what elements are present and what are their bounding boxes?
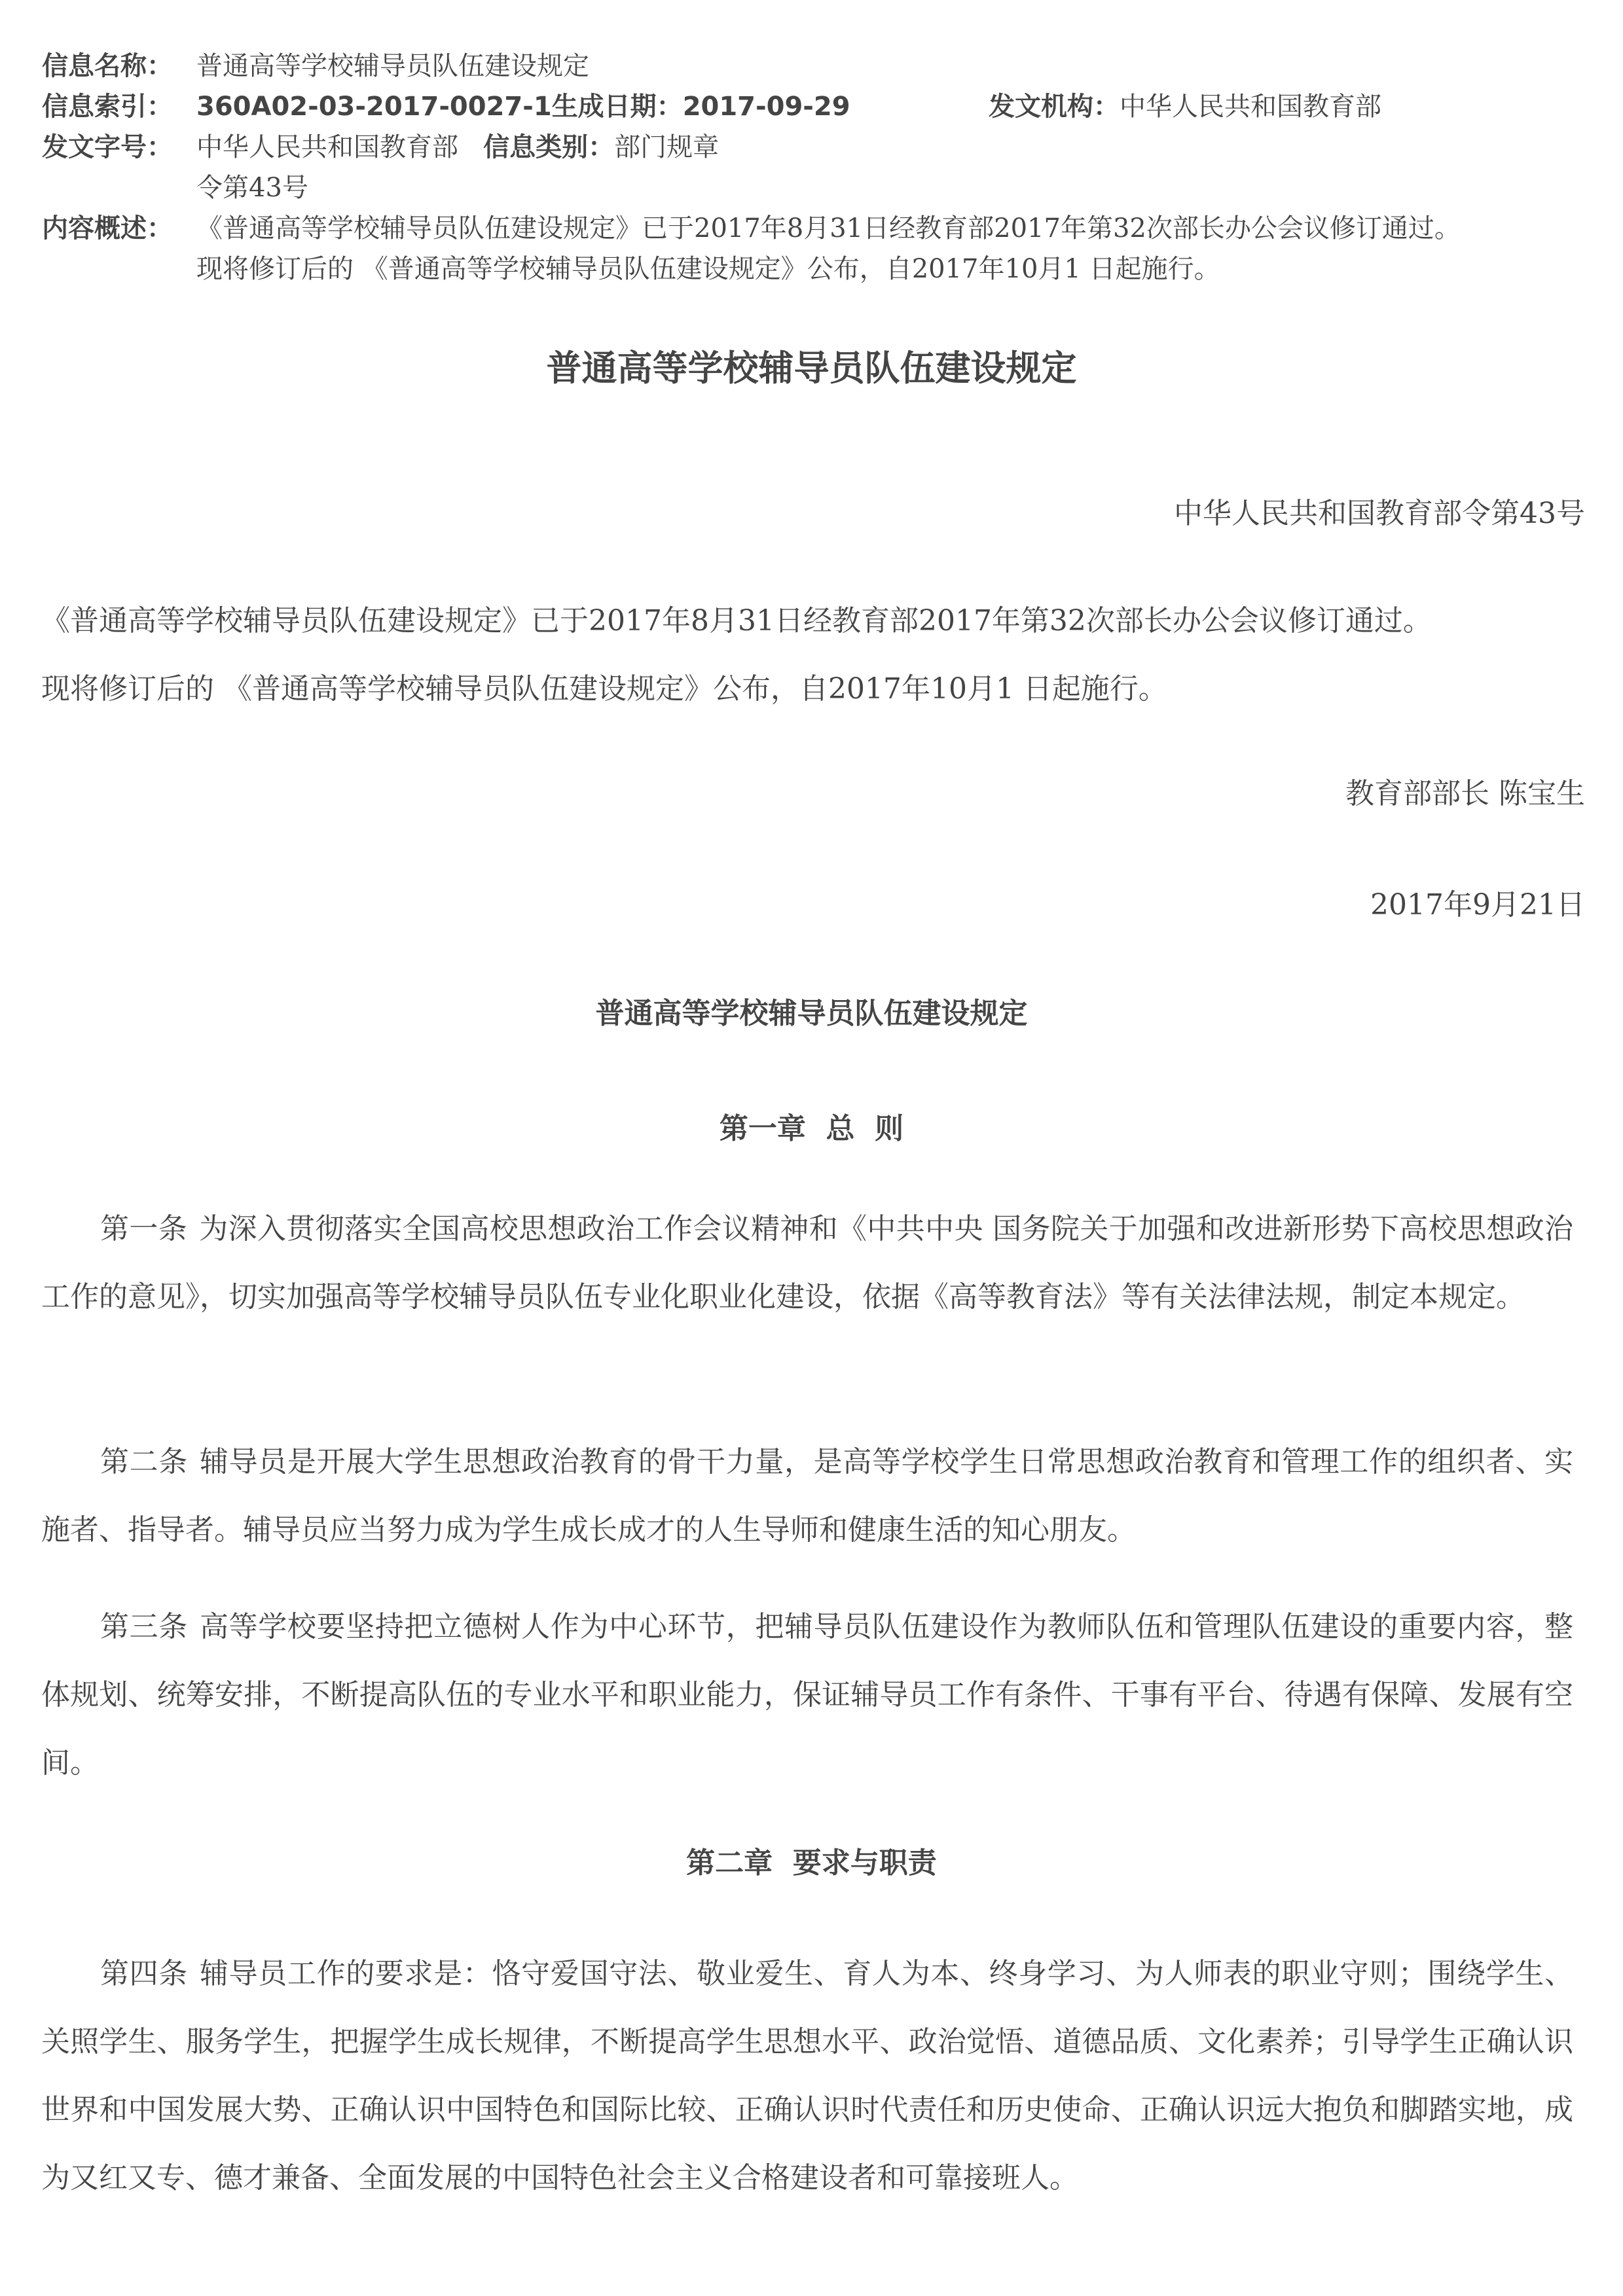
signature: 教育部部长 陈宝生 (1345, 770, 1585, 812)
article-4: 第四条辅导员工作的要求是：恪守爱国守法、敬业爱生、育人为本、终身学习、为人师表的… (41, 1940, 1573, 2212)
article-4-text: 辅导员工作的要求是：恪守爱国守法、敬业爱生、育人为本、终身学习、为人师表的职业守… (41, 1957, 1573, 2195)
meta-doc-number-continued: 令第43号 (42, 168, 1587, 208)
article-3-text: 高等学校要坚持把立德树人作为中心环节，把辅导员队伍建设作为教师队伍和管理队伍建设… (41, 1610, 1573, 1780)
signing-date: 2017年9月21日 (1370, 881, 1585, 923)
preamble-line-2: 现将修订后的 《普通高等学校辅导员队伍建设规定》公布，自2017年10月1 日起… (41, 665, 1167, 707)
article-2-number: 第二条 (100, 1445, 188, 1479)
meta-doc-number-label: 发文字号： (42, 127, 196, 168)
meta-info-index: 信息索引：360A02-03-2017-0027-1生成日期：2017-09-2… (42, 86, 1587, 127)
meta-generate-date-label: 生成日期： (552, 92, 683, 122)
meta-info-name: 信息名称：普通高等学校辅导员队伍建设规定 (42, 46, 1587, 86)
document-metadata: 信息名称：普通高等学校辅导员队伍建设规定 信息索引：360A02-03-2017… (42, 46, 1587, 289)
meta-info-index-value: 360A02-03-2017-0027-1 (196, 86, 552, 127)
article-3: 第三条高等学校要坚持把立德树人作为中心环节，把辅导员队伍建设作为教师队伍和管理队… (41, 1593, 1573, 1797)
article-2-text: 辅导员是开展大学生思想政治教育的骨干力量，是高等学校学生日常思想政治教育和管理工… (41, 1445, 1573, 1547)
meta-summary-line1: 《普通高等学校辅导员队伍建设规定》已于2017年8月31日经教育部2017年第3… (196, 208, 1461, 249)
document-title: 普通高等学校辅导员队伍建设规定 (0, 340, 1623, 391)
meta-issuing-org-value: 中华人民共和国教育部 (1120, 86, 1381, 127)
meta-doc-number-value: 中华人民共和国教育部 (196, 127, 458, 168)
preamble-line-1: 《普通高等学校辅导员队伍建设规定》已于2017年8月31日经教育部2017年第3… (41, 597, 1432, 639)
meta-summary-label: 内容概述： (42, 208, 196, 249)
article-2: 第二条辅导员是开展大学生思想政治教育的骨干力量，是高等学校学生日常思想政治教育和… (41, 1428, 1573, 1564)
meta-info-category-label: 信息类别： (483, 132, 614, 162)
article-1: 第一条为深入贯彻落实全国高校思想政治工作会议精神和《中共中央 国务院关于加强和改… (41, 1195, 1573, 1331)
meta-issuing-org: 发文机构：中华人民共和国教育部 (989, 86, 1381, 127)
document-subtitle: 普通高等学校辅导员队伍建设规定 (0, 990, 1623, 1031)
article-1-number: 第一条 (100, 1212, 187, 1246)
meta-generate-date-value: 2017-09-29 (683, 86, 850, 127)
order-number: 中华人民共和国教育部令第43号 (1174, 490, 1585, 531)
article-1-text: 为深入贯彻落实全国高校思想政治工作会议精神和《中共中央 国务院关于加强和改进新形… (41, 1212, 1573, 1314)
meta-doc-number: 发文字号：中华人民共和国教育部 信息类别：部门规章 (42, 127, 1587, 168)
meta-summary-continued: 现将修订后的 《普通高等学校辅导员队伍建设规定》公布，自2017年10月1 日起… (42, 249, 1587, 289)
meta-info-name-label: 信息名称： (42, 46, 196, 86)
article-3-number: 第三条 (100, 1610, 188, 1643)
article-4-number: 第四条 (100, 1957, 188, 1990)
meta-info-category-value: 部门规章 (614, 127, 719, 168)
chapter-2-heading: 第二章 要求与职责 (0, 1839, 1623, 1881)
meta-summary: 内容概述：《普通高等学校辅导员队伍建设规定》已于2017年8月31日经教育部20… (42, 208, 1587, 249)
meta-info-name-value: 普通高等学校辅导员队伍建设规定 (196, 46, 589, 86)
meta-issuing-org-label: 发文机构： (989, 92, 1120, 122)
chapter-1-heading: 第一章 总 则 (0, 1105, 1623, 1147)
meta-info-index-label: 信息索引： (42, 86, 196, 127)
meta-doc-number-value-line2: 令第43号 (196, 168, 308, 208)
meta-summary-line2: 现将修订后的 《普通高等学校辅导员队伍建设规定》公布，自2017年10月1 日起… (196, 249, 1220, 289)
